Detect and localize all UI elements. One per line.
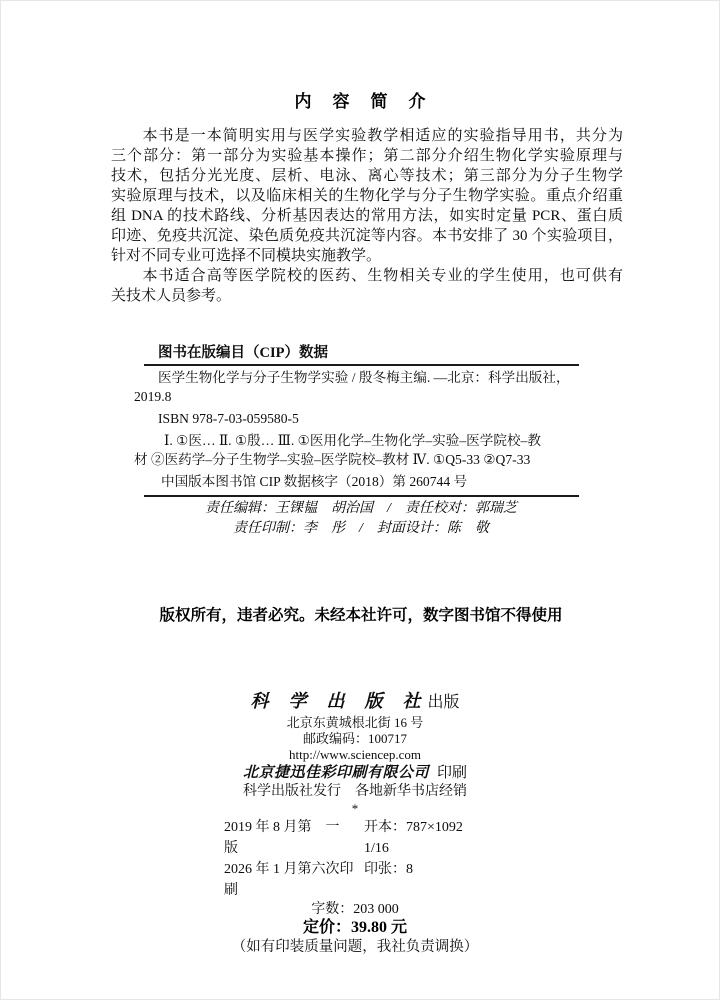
staff-credits: 责任编辑：王锞韫 胡治国 / 责任校对：郭瑞芝 责任印制：李 彤 / 封面设计：… — [1, 499, 720, 539]
postal-code: 邮政编码：100717 — [0, 731, 715, 747]
printer-suffix: 印刷 — [437, 765, 467, 781]
colophon: 科 学 出 版 社出版 北京东黄城根北街 16 号 邮政编码：100717 ht… — [0, 690, 715, 956]
cip-year-line: 2019.8 — [134, 387, 579, 406]
sheet-count: 印张：8 — [364, 859, 486, 901]
price: 定价：39.80 元 — [0, 918, 715, 938]
summary-line: 三个部分：第一部分为实验基本操作；第二部分介绍生物化学实验原理与 — [111, 146, 623, 166]
cip-header: 图书在版编目（CIP）数据 — [134, 344, 579, 362]
summary-line: 组 DNA 的技术路线、分析基因表达的常用方法，如实时定量 PCR、蛋白质 — [111, 206, 623, 226]
edition-row: 2019 年 8 月第 一 版 开本：787×1092 1/16 — [224, 817, 486, 859]
page-title: 内 容 简 介 — [1, 87, 720, 112]
edition-table: 2019 年 8 月第 一 版 开本：787×1092 1/16 2026 年 … — [224, 817, 486, 901]
separator-star: * — [0, 801, 715, 815]
content-summary: 本书是一本简明实用与医学实验教学相适应的实验指导用书，共分为 三个部分：第一部分… — [111, 126, 623, 306]
quality-note: （如有印装质量问题，我社负责调换） — [0, 938, 715, 956]
word-count: 字数：203 000 — [0, 901, 715, 918]
summary-line: 关技术人员参考。 — [111, 286, 623, 306]
format-spec: 开本：787×1092 1/16 — [364, 817, 486, 859]
summary-line: 本书适合高等医学院校的医药、生物相关专业的学生使用，也可供有 — [111, 266, 623, 286]
publisher-address: 北京东黄城根北街 16 号 — [0, 714, 715, 731]
publisher-suffix: 出版 — [427, 694, 459, 711]
publisher-name: 科 学 出 版 社 — [250, 691, 421, 711]
cip-isbn: ISBN 978-7-03-059580-5 — [134, 409, 579, 428]
summary-line: 针对不同专业可选择不同模块实施教学。 — [111, 246, 623, 266]
publisher-url: http://www.sciencep.com — [0, 747, 715, 763]
summary-line: 印迹、免疫共沉淀、染色质免疫共沉淀等内容。本书安排了 30 个实验项目， — [111, 226, 623, 246]
cip-bottom-rule — [144, 495, 579, 497]
summary-line: 本书是一本简明实用与医学实验教学相适应的实验指导用书，共分为 — [111, 126, 623, 146]
summary-line: 技术，包括分光光度、层析、电泳、离心等技术；第三部分为分子生物学 — [111, 166, 623, 186]
cip-data-block: 图书在版编目（CIP）数据 医学生物化学与分子生物学实验 / 殷冬梅主编. —北… — [134, 344, 579, 499]
printer-line: 北京捷迅佳彩印刷有限公司印刷 — [0, 763, 715, 783]
print-design-credits: 责任印制：李 彤 / 封面设计：陈 敬 — [1, 519, 720, 539]
summary-line: 实验原理与技术，以及临床相关的生物化学与分子生物学实验。重点介绍重 — [111, 186, 623, 206]
printing-row: 2026 年 1 月第六次印刷 印张：8 — [224, 859, 486, 901]
cip-classification-line: Ⅰ. ①医… Ⅱ. ①殷… Ⅲ. ①医用化学–生物化学–实验–医学院校–教 — [134, 431, 579, 450]
publisher-line: 科 学 出 版 社出版 — [0, 690, 715, 714]
printer-name: 北京捷迅佳彩印刷有限公司 — [243, 765, 429, 781]
edition-date: 2019 年 8 月第 一 版 — [224, 817, 364, 859]
editor-credits: 责任编辑：王锞韫 胡治国 / 责任校对：郭瑞芝 — [1, 499, 720, 519]
printing-date: 2026 年 1 月第六次印刷 — [224, 859, 364, 901]
copyright-page: 内 容 简 介 本书是一本简明实用与医学实验教学相适应的实验指导用书，共分为 三… — [0, 0, 720, 1000]
copyright-notice: 版权所有，违者必究。未经本社许可，数字图书馆不得使用 — [1, 607, 720, 625]
cip-top-rule — [144, 364, 579, 366]
cip-registry-number: 中国版本图书馆 CIP 数据核字（2018）第 260744 号 — [134, 472, 579, 491]
cip-title-line: 医学生物化学与分子生物学实验 / 殷冬梅主编. —北京：科学出版社， — [134, 368, 579, 387]
cip-classification-line: 材 ②医药学–分子生物学–实验–医学院校–教材 Ⅳ. ①Q5-33 ②Q7-33 — [134, 450, 579, 469]
distribution-line: 科学出版社发行 各地新华书店经销 — [0, 783, 715, 801]
